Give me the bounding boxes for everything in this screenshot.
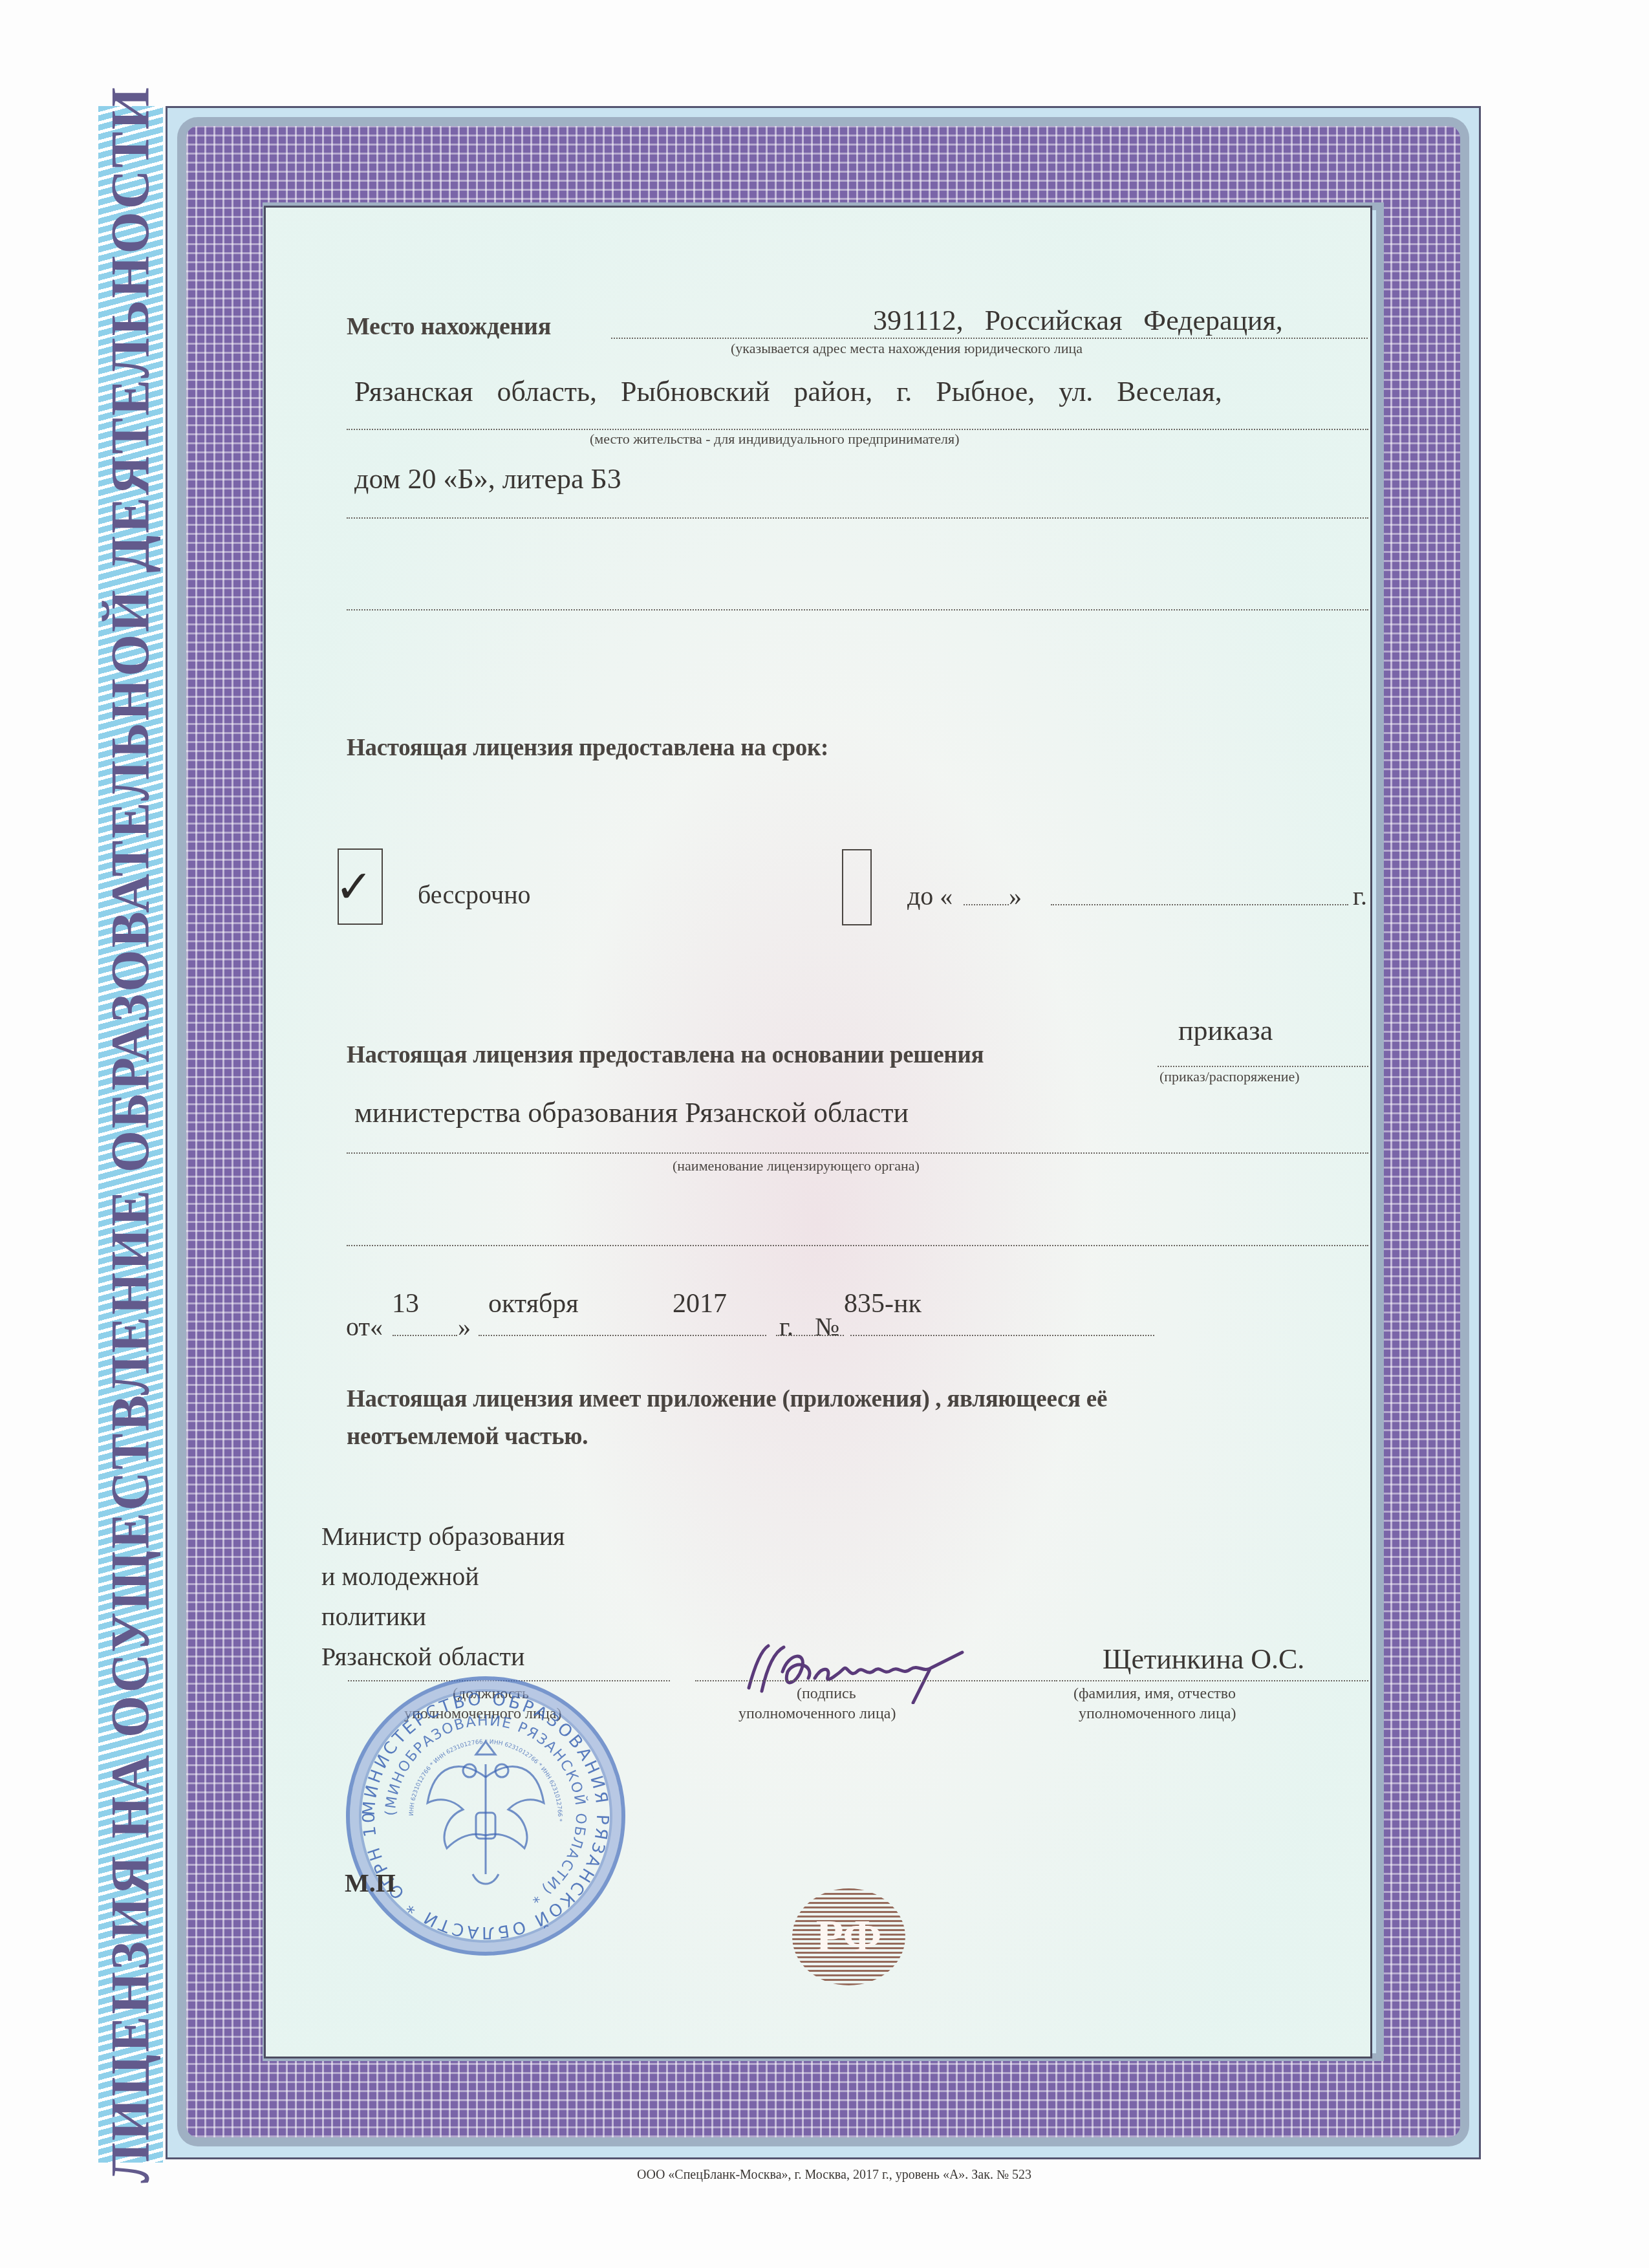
order-from-prefix: от«	[346, 1312, 383, 1342]
rf-emblem-icon: РФ	[792, 1888, 905, 1985]
appendix-note-line-2: неотъемлемой частью.	[347, 1423, 588, 1451]
until-suffix: г.	[1353, 881, 1367, 911]
basis-label: Настоящая лицензия предоставлена на осно…	[347, 1041, 984, 1069]
order-year-suffix: г.	[779, 1312, 793, 1342]
location-hint-1: (указывается адрес места нахождения юрид…	[731, 340, 1083, 357]
order-month: октября	[488, 1288, 579, 1319]
checkmark-icon: ✓	[335, 860, 373, 914]
until-date-line	[1051, 904, 1348, 905]
location-label: Место нахождения	[347, 312, 551, 341]
name-hint-1: (фамилия, имя, отчество	[1073, 1685, 1236, 1703]
position-line-1: Министр образования	[321, 1521, 565, 1551]
authority-value: министерства образования Рязанской облас…	[354, 1096, 909, 1129]
option-unlimited-label: бессрочно	[418, 880, 531, 910]
term-label: Настоящая лицензия предоставлена на срок…	[347, 734, 828, 762]
location-value-1: 391112, Российская Федерация,	[873, 304, 1283, 337]
signatory-name: Щетинкина О.С.	[1103, 1643, 1304, 1676]
authority-line	[347, 1152, 1368, 1154]
location-line-1	[611, 338, 1368, 339]
decision-type: приказа	[1178, 1014, 1273, 1047]
stamp-eagle-icon: МИНИСТЕРСТВО ОБРАЗОВАНИЯ РЯЗАНСКОЙ ОБЛАС…	[350, 1680, 621, 1952]
official-stamp: МИНИСТЕРСТВО ОБРАЗОВАНИЯ РЯЗАНСКОЙ ОБЛАС…	[346, 1676, 625, 1956]
order-day: 13	[392, 1288, 419, 1319]
checkbox-until[interactable]	[842, 849, 872, 925]
until-prefix: до «	[907, 881, 953, 911]
name-line	[1059, 1680, 1368, 1681]
printer-footer: ООО «СпецБланк-Москва», г. Москва, 2017 …	[637, 2168, 1031, 2183]
signature-line	[695, 1680, 1057, 1681]
location-line-2	[347, 429, 1368, 430]
order-number-sign: №	[815, 1312, 839, 1342]
until-day-line	[964, 904, 1009, 905]
location-value-2: Рязанская область, Рыбновский район, г. …	[354, 375, 1222, 408]
signature-hint-2: уполномоченного лица)	[738, 1705, 896, 1723]
location-value-3: дом 20 «Б», литера Б3	[354, 462, 621, 495]
until-mid: »	[1009, 881, 1022, 911]
seal-place-label: М.П	[345, 1868, 396, 1898]
authority-hint: (наименование лицензирующего органа)	[673, 1158, 920, 1174]
order-number: 835-нк	[844, 1288, 921, 1319]
order-month-line	[479, 1335, 766, 1336]
signature-image	[737, 1633, 983, 1704]
signature-hint-1: (подпись	[797, 1685, 856, 1703]
order-number-line	[850, 1335, 1154, 1336]
appendix-note-line-1: Настоящая лицензия имеет приложение (при…	[347, 1385, 1107, 1413]
position-line-3: политики	[321, 1601, 426, 1632]
location-line-3	[347, 517, 1368, 519]
name-hint-2: уполномоченного лица)	[1079, 1705, 1236, 1723]
location-line-4	[347, 609, 1368, 610]
authority-line-2	[347, 1245, 1368, 1246]
decision-type-hint: (приказ/распоряжение)	[1159, 1068, 1300, 1085]
order-from-mid: »	[458, 1312, 471, 1342]
order-day-line	[393, 1335, 457, 1336]
location-hint-2: (место жительства - для индивидуального …	[590, 431, 959, 448]
order-year: 2017	[673, 1288, 727, 1319]
side-title: Лицензия на осуществление образовательно…	[100, 85, 162, 2183]
position-line-2: и молодежной	[321, 1561, 479, 1592]
position-line-4: Рязанской области	[321, 1641, 524, 1672]
decision-type-line	[1158, 1066, 1368, 1067]
